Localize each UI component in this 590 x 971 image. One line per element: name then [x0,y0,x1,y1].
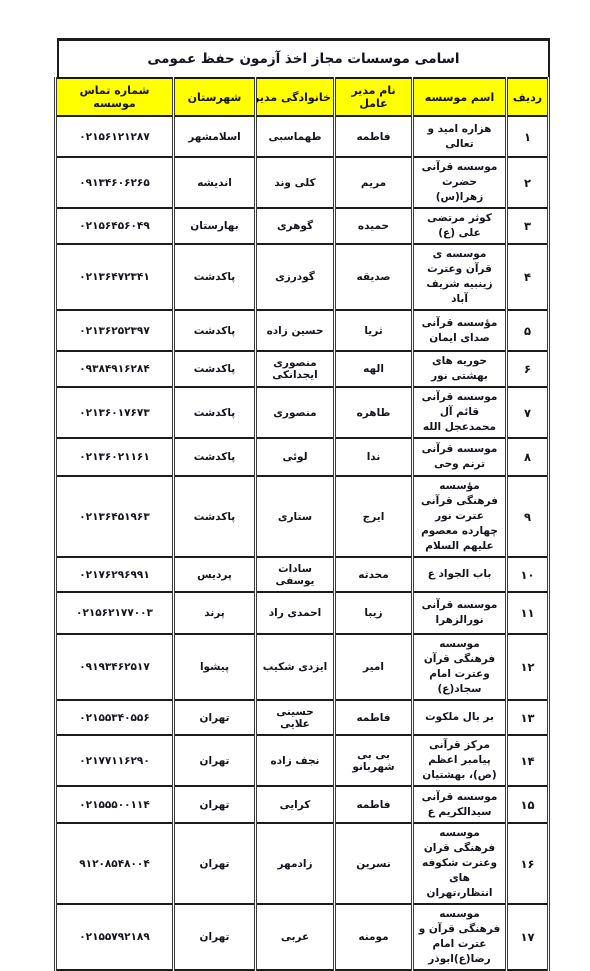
table-row: ۱۵ موسسه قرآنی سیدالکریم ع فاطمه کرایی ت… [56,786,549,790]
manager-last-name-cell: کرایی [256,786,335,790]
manager-last-name-cell: احمدی راد [256,592,335,634]
city-cell: تهران [174,735,256,786]
city-cell: تهران [174,786,256,790]
city-cell: پاکدشت [174,351,256,387]
column-header-city: شهرستان [174,78,256,116]
table-row: ۱۲ موسسه فرهنگی قرآن وعترت امام سجاد(ع) … [56,634,549,700]
manager-first-name-cell: فاطمه [335,116,413,157]
city-cell: پاکدشت [174,244,256,310]
manager-first-name-cell: زیبا [335,592,413,634]
row-index-cell: ۱۰ [507,557,549,592]
phone-cell: ۰۲۱۳۶۴۷۲۳۴۱ [56,244,174,310]
institution-name-cell: موسسه قرآنی حضرت زهرا(س) [413,157,507,208]
institution-name-cell: هزاره امید و تعالی [413,116,507,157]
manager-first-name-cell: ثریا [335,310,413,351]
city-cell: اندیشه [174,157,256,208]
institution-name-cell: مرکز قرآنی پیامبر اعظم (ص)، بهشتیان [413,735,507,786]
table-row: ۲ موسسه قرآنی حضرت زهرا(س) مریم کلی وند … [56,157,549,208]
row-index-cell: ۱۳ [507,700,549,735]
city-cell: اسلامشهر [174,116,256,157]
manager-last-name-cell: حسینی علایی [256,700,335,735]
table-body: ۱ هزاره امید و تعالی فاطمه طهماسبی اسلام… [56,116,549,790]
institution-name-cell: کوثر مرتضی علی (ع) [413,208,507,244]
table-row: ۳ کوثر مرتضی علی (ع) حمیده گوهری بهارستا… [56,208,549,244]
phone-cell: ۰۲۱۳۶۴۵۱۹۶۳ [56,476,174,557]
document-page: اسامی موسسات مجاز اخذ آزمون حفظ عمومی رد… [57,38,550,790]
row-index-cell: ۳ [507,208,549,244]
phone-cell: ۰۲۱۷۷۱۱۶۲۹۰ [56,735,174,786]
city-cell: پیشوا [174,634,256,700]
table-row: ۱۴ مرکز قرآنی پیامبر اعظم (ص)، بهشتیان ب… [56,735,549,786]
manager-last-name-cell: ایزدی شکیب [256,634,335,700]
table-row: ۵ مؤسسه قرآنی صدای ایمان ثریا حسین زاده … [56,310,549,351]
phone-cell: ۰۲۱۷۶۲۹۶۹۹۱ [56,557,174,592]
row-index-cell: ۹ [507,476,549,557]
manager-first-name-cell: ندا [335,438,413,476]
table-row: ۱ هزاره امید و تعالی فاطمه طهماسبی اسلام… [56,116,549,157]
manager-last-name-cell: منصوری [256,387,335,438]
manager-last-name-cell: گودرزی [256,244,335,310]
institution-name-cell: مؤسسه قرآنی صدای ایمان [413,310,507,351]
column-header-phone: شماره تماس موسسه [56,78,174,116]
institution-name-cell: بر بال ملکوت [413,700,507,735]
manager-first-name-cell: بی بی شهربانو [335,735,413,786]
manager-first-name-cell: امیر [335,634,413,700]
page-title: اسامی موسسات مجاز اخذ آزمون حفظ عمومی [57,38,550,77]
city-cell: پردیس [174,557,256,592]
manager-last-name-cell: حسین زاده [256,310,335,351]
table-header-row: ردیف اسم موسسه نام مدیر عامل خانوادگی مد… [56,78,549,116]
manager-first-name-cell: ایرج [335,476,413,557]
row-index-cell: ۱۱ [507,592,549,634]
phone-cell: ۰۹۱۹۳۴۶۲۵۱۷ [56,634,174,700]
row-index-cell: ۶ [507,351,549,387]
manager-first-name-cell: مریم [335,157,413,208]
row-index-cell: ۱۲ [507,634,549,700]
phone-cell: ۰۲۱۵۵۳۴۰۵۵۶ [56,700,174,735]
phone-cell: ۰۲۱۵۶۱۲۱۲۸۷ [56,116,174,157]
row-index-cell: ۴ [507,244,549,310]
city-cell: پاکدشت [174,387,256,438]
city-cell: بهارستان [174,208,256,244]
column-header-last-name: خانوادگی مدیر عامل [256,78,335,116]
manager-last-name-cell: لوئی [256,438,335,476]
phone-cell: ۰۲۱۳۶۰۲۱۱۶۱ [56,438,174,476]
city-cell: پاکدشت [174,438,256,476]
row-index-cell: ۵ [507,310,549,351]
institution-name-cell: مؤسسه فرهنگی قرآنی عترت نور چهارده معصوم… [413,476,507,557]
phone-cell: ۰۹۱۳۴۶۰۶۲۶۵ [56,157,174,208]
institution-name-cell: موسسه قرآنی ترنم وحی [413,438,507,476]
table-row: ۴ موسسه ی قرآن وعترت زینبیه شریف آباد صد… [56,244,549,310]
manager-last-name-cell: منصوری ایجدانکی [256,351,335,387]
manager-first-name-cell: فاطمه [335,700,413,735]
city-cell: پاکدشت [174,310,256,351]
institution-name-cell: موسسه قرآنی سیدالکریم ع [413,786,507,790]
phone-cell: ۰۲۱۳۶۰۱۷۶۷۳ [56,387,174,438]
row-index-cell: ۱۵ [507,786,549,790]
table-row: ۱۱ موسسه قرآنی نورالزهرا زیبا احمدی راد … [56,592,549,634]
city-cell: پرند [174,592,256,634]
manager-first-name-cell: صدیقه [335,244,413,310]
table-row: ۱۰ باب الجواد ع محدثه سادات یوسفی پردیس … [56,557,549,592]
manager-last-name-cell: طهماسبی [256,116,335,157]
institutions-table: ردیف اسم موسسه نام مدیر عامل خانوادگی مد… [54,77,550,790]
institution-name-cell: موسسه ی قرآن وعترت زینبیه شریف آباد [413,244,507,310]
table-row: ۸ موسسه قرآنی ترنم وحی ندا لوئی پاکدشت ۰… [56,438,549,476]
manager-last-name-cell: ستاری [256,476,335,557]
manager-last-name-cell: گوهری [256,208,335,244]
table-row: ۹ مؤسسه فرهنگی قرآنی عترت نور چهارده معص… [56,476,549,557]
row-index-cell: ۱۴ [507,735,549,786]
manager-first-name-cell: طاهره [335,387,413,438]
manager-last-name-cell: سادات یوسفی [256,557,335,592]
institution-name-cell: باب الجواد ع [413,557,507,592]
manager-first-name-cell: فاطمه [335,786,413,790]
phone-cell: ۰۲۱۵۵۵۰۰۱۱۴ [56,786,174,790]
row-index-cell: ۲ [507,157,549,208]
table-row: ۶ حوریه های بهشتی نور الهه منصوری ایجدان… [56,351,549,387]
phone-cell: ۰۲۱۳۶۲۵۲۳۹۷ [56,310,174,351]
phone-cell: ۰۲۱۵۶۲۱۷۷۰۰۳ [56,592,174,634]
row-index-cell: ۱ [507,116,549,157]
institution-name-cell: موسسه قرآنی قائم آل محمدعجل الله [413,387,507,438]
manager-last-name-cell: کلی وند [256,157,335,208]
institution-name-cell: موسسه فرهنگی قرآن وعترت امام سجاد(ع) [413,634,507,700]
phone-cell: ۰۹۳۸۴۹۱۶۲۸۴ [56,351,174,387]
row-index-cell: ۷ [507,387,549,438]
table-row: ۱۳ بر بال ملکوت فاطمه حسینی علایی تهران … [56,700,549,735]
manager-first-name-cell: الهه [335,351,413,387]
institution-name-cell: حوریه های بهشتی نور [413,351,507,387]
row-index-cell: ۸ [507,438,549,476]
city-cell: پاکدشت [174,476,256,557]
table-row: ۷ موسسه قرآنی قائم آل محمدعجل الله طاهره… [56,387,549,438]
institution-name-cell: موسسه قرآنی نورالزهرا [413,592,507,634]
manager-first-name-cell: محدثه [335,557,413,592]
city-cell: تهران [174,700,256,735]
column-header-institution: اسم موسسه [413,78,507,116]
column-header-index: ردیف [507,78,549,116]
phone-cell: ۰۲۱۵۶۴۵۶۰۴۹ [56,208,174,244]
column-header-first-name: نام مدیر عامل [335,78,413,116]
manager-first-name-cell: حمیده [335,208,413,244]
manager-last-name-cell: نجف زاده [256,735,335,786]
